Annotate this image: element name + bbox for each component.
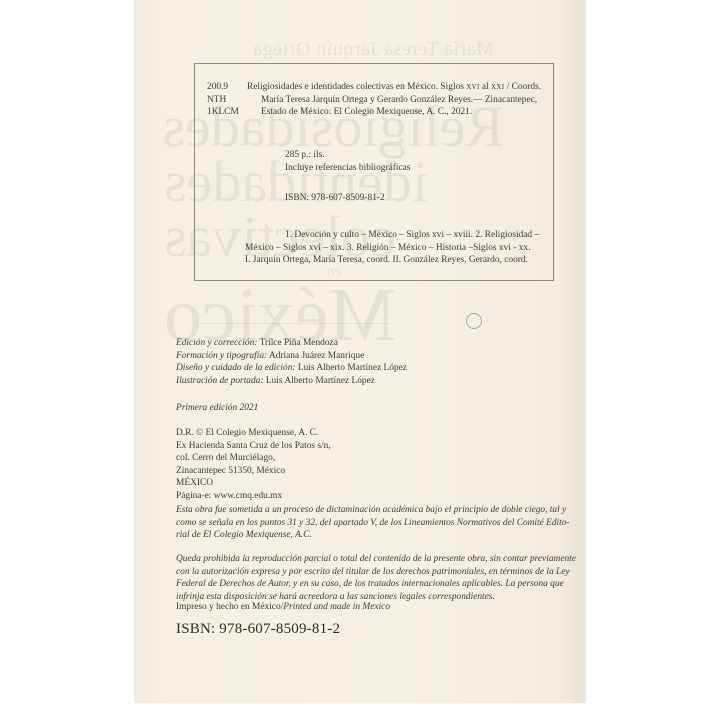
entry-line: María Teresa Jarquín Ortega y Gerardo Go…: [247, 94, 549, 107]
entry-line: Estado de México: El Colegio Mexiquense,…: [247, 106, 549, 119]
book-page: María Teresa Jarquín Ortega Religiosidad…: [134, 0, 585, 703]
notice-line: Esta obra fue sometida a un proceso de d…: [176, 504, 541, 517]
isbn-footer: ISBN: 978-607-8509-81-2: [176, 621, 340, 638]
address-line: Ex Hacienda Santa Cruz de los Patos s/n,: [176, 440, 331, 453]
bibliographic-entry: Religiosidades e identidades colectivas …: [247, 81, 549, 119]
printed-in-line: Impreso y hecho en México/Printed and ma…: [176, 601, 390, 614]
ghost-rule: [200, 323, 390, 324]
credit-line: Formación y tipografía: Adriana Juárez M…: [176, 350, 407, 363]
web-page-line: Página-e: www.cmq.edu.mx: [176, 490, 331, 503]
credit-line: Ilustración de portada: Luis Alberto Mar…: [176, 375, 407, 388]
notice-line: con la autorización expresa y por escrit…: [176, 566, 546, 579]
address-line: MÉXICO: [176, 477, 331, 490]
credit-line: Diseño y cuidado de la edición: Luis Alb…: [176, 362, 407, 375]
catalog-card: 200.9 NTH 1KLCM Religiosidades e identid…: [194, 63, 554, 281]
subject-line: 1. Devoción y culto – México – Siglos xv…: [245, 229, 555, 242]
copyright-notice: Queda prohibida la reproducción parcial …: [176, 553, 546, 603]
references-line: Incluye referencias bibliográficas: [285, 162, 410, 175]
classification-codes: 200.9 NTH 1KLCM: [207, 81, 239, 119]
ghost-author: María Teresa Jarquín Ortega: [164, 40, 504, 59]
credits: Edición y corrección: Trilce Piña Mendoz…: [176, 337, 407, 387]
class-code: NTH: [207, 94, 239, 107]
entry-line: Religiosidades e identidades colectivas …: [247, 81, 549, 94]
stamp-circle-mark: [466, 313, 482, 329]
class-code: 1KLCM: [207, 106, 239, 119]
edition-line: Primera edición 2021: [176, 402, 258, 415]
pages-line: 285 p.: ils.: [285, 149, 410, 162]
address-line: Zinacantepec 51350, México: [176, 465, 331, 478]
class-code: 200.9: [207, 81, 239, 94]
address-line: D.R. © El Colegio Mexiquense, A. C.: [176, 427, 331, 440]
catalog-isbn: ISBN: 978-607-8509-81-2: [285, 192, 385, 205]
notice-line: Federal de Derechos de Autor, y en su ca…: [176, 578, 546, 591]
notice-line: como se señala en los puntos 31 y 32, de…: [176, 517, 541, 530]
subject-headings: 1. Devoción y culto – México – Siglos xv…: [245, 229, 555, 267]
peer-review-notice: Esta obra fue sometida a un proceso de d…: [176, 504, 541, 542]
subject-line: México – Siglos xvi – xix. 3. Religión –…: [245, 242, 555, 255]
notice-line: Queda prohibida la reproducción parcial …: [176, 553, 546, 566]
publisher-address: D.R. © El Colegio Mexiquense, A. C. Ex H…: [176, 427, 331, 502]
credit-line: Edición y corrección: Trilce Piña Mendoz…: [176, 337, 407, 350]
address-line: col. Cerro del Murciélago,: [176, 452, 331, 465]
notice-line: rial de El Colegio Mexiquense, A.C.: [176, 529, 541, 542]
subject-line: I. Jarquín Ortega, María Teresa, coord. …: [245, 254, 555, 267]
physical-description: 285 p.: ils. Incluye referencias bibliog…: [285, 149, 410, 174]
